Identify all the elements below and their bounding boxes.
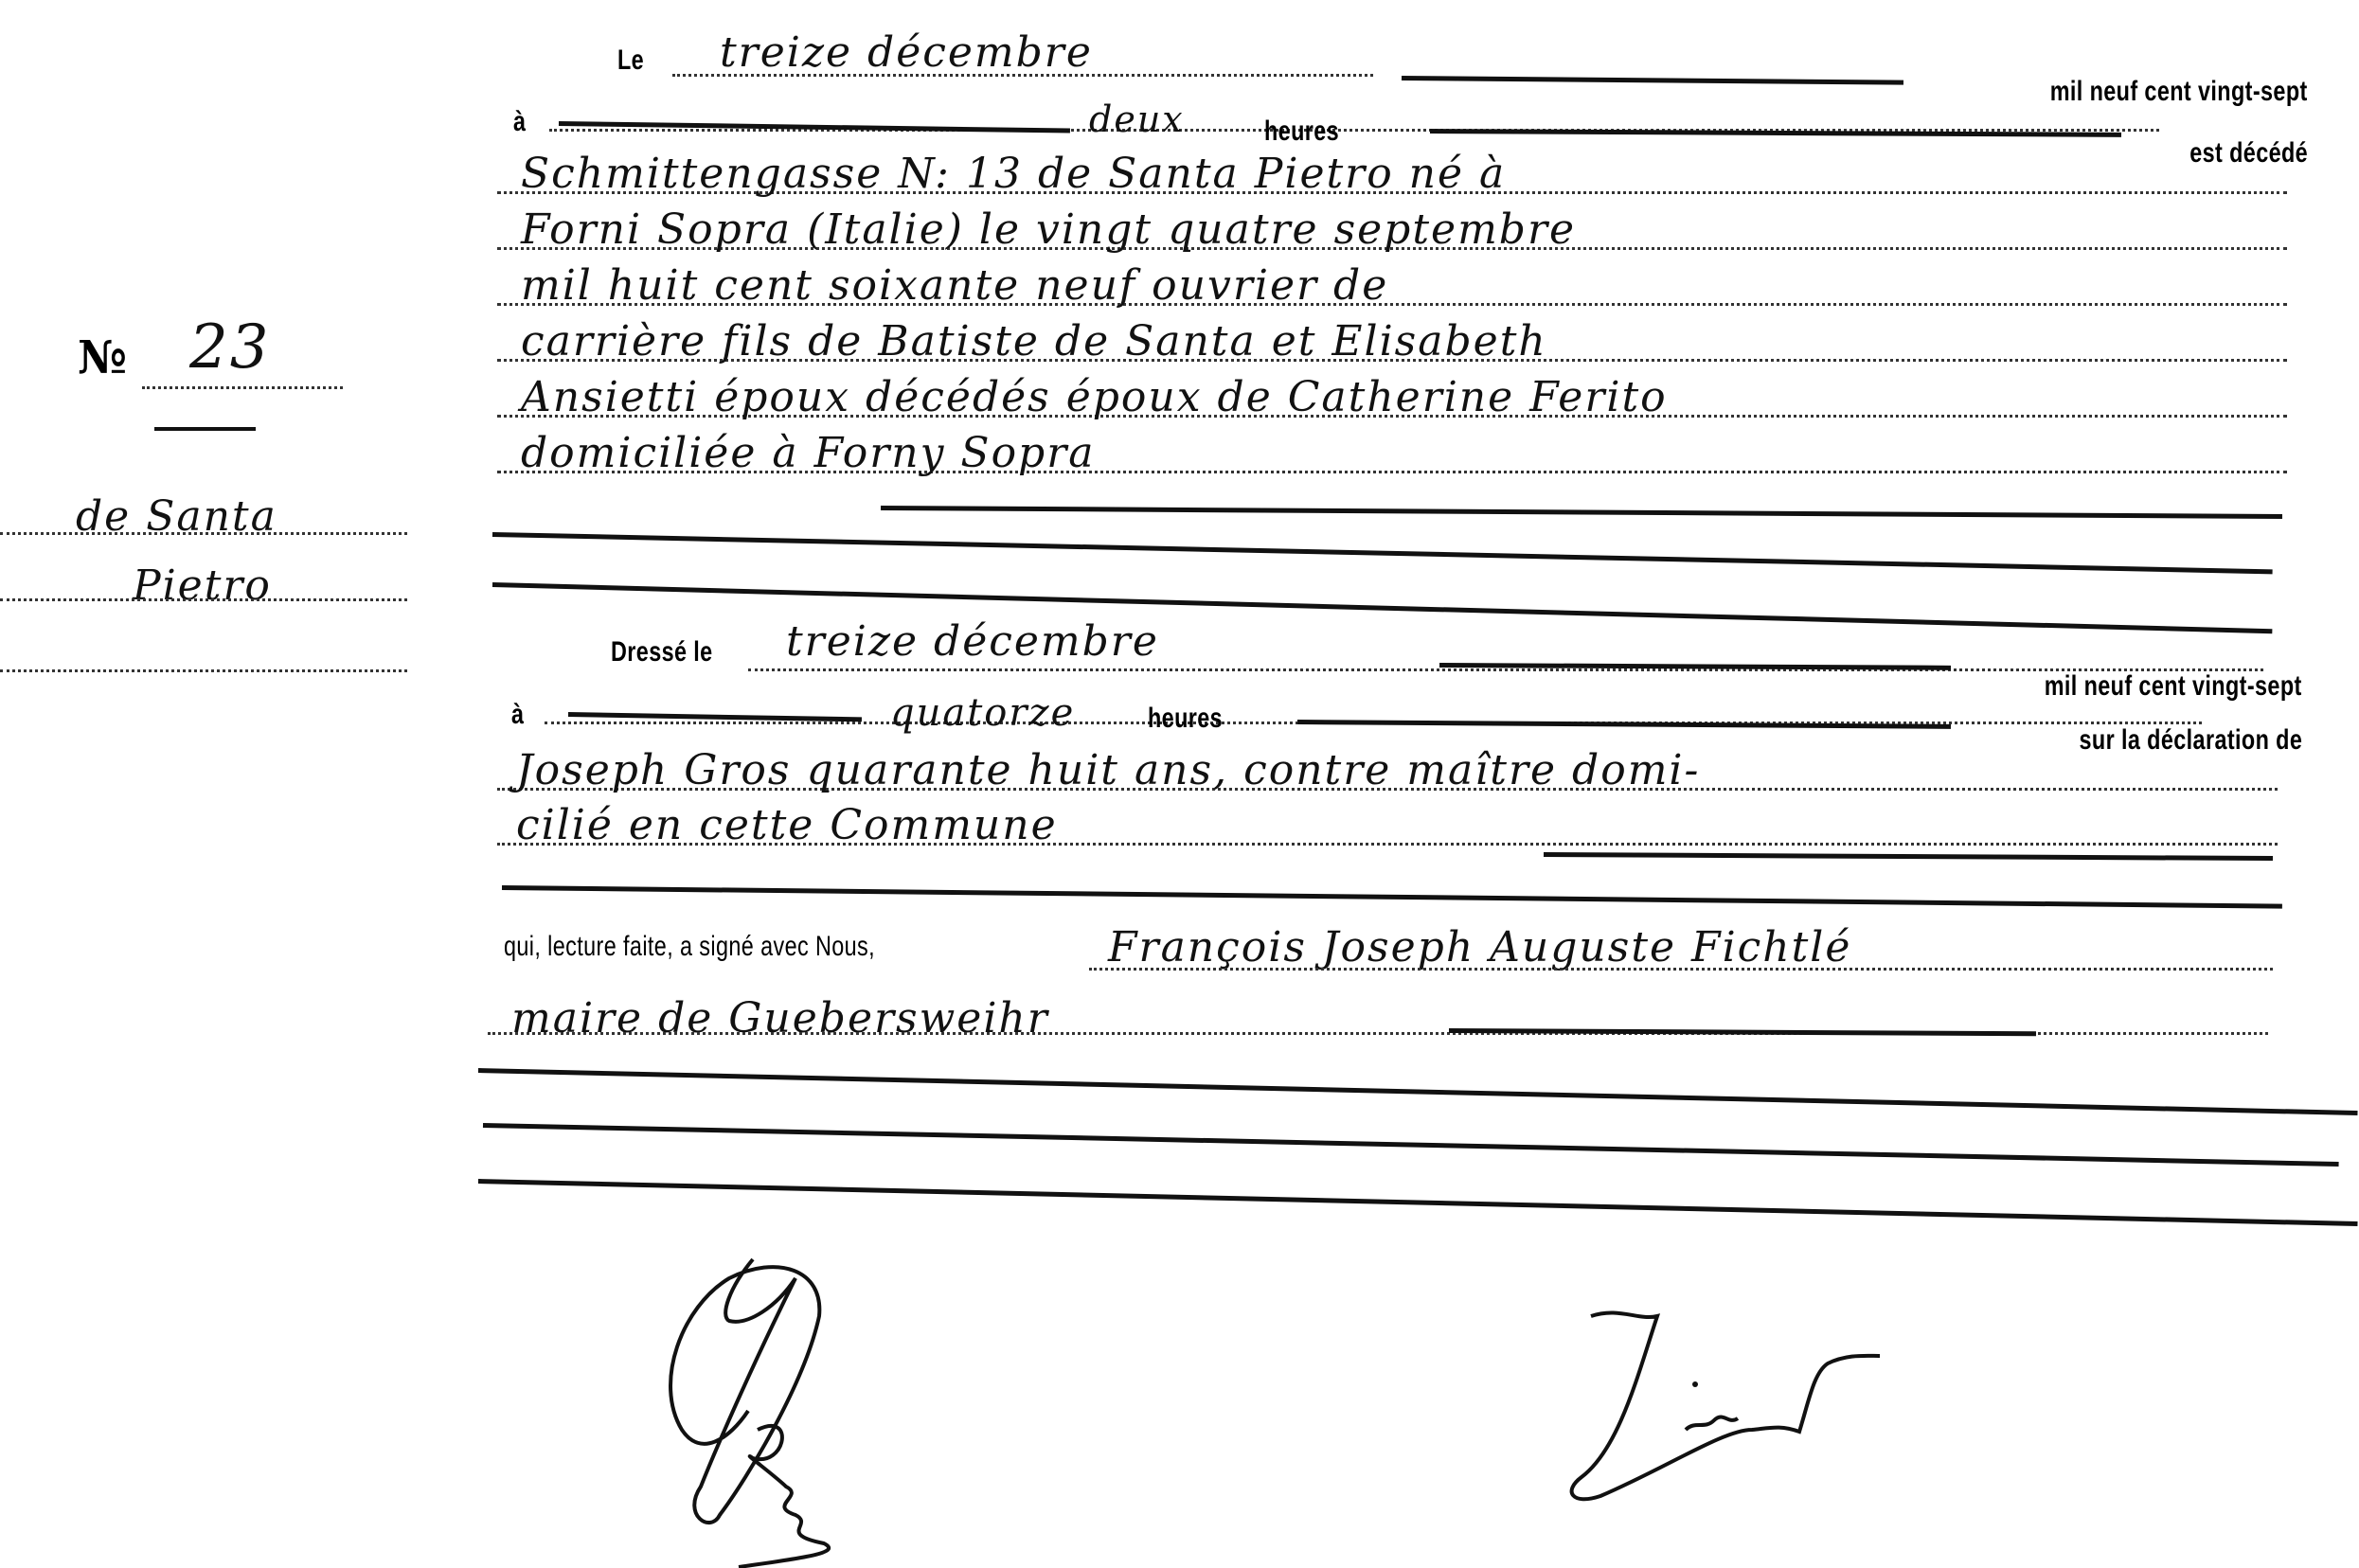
death-date-dotted-line xyxy=(672,74,1373,77)
death-hour: deux xyxy=(1089,98,1185,140)
drawn-a-label: à xyxy=(511,699,524,731)
drawn-hour-fill-line-left xyxy=(568,712,862,722)
declaration-label: sur la déclaration de xyxy=(2079,724,2302,757)
drawn-hour: quatorze xyxy=(890,691,1075,735)
drawn-date-dotted-line xyxy=(748,668,2263,671)
margin-name-line-2: Pietro xyxy=(133,561,272,610)
handwritten-line: carrière fils de Batiste de Santa et Eli… xyxy=(521,317,1547,365)
mayor-title-fill-line xyxy=(1449,1028,2036,1036)
death-date: treize décembre xyxy=(720,28,1093,77)
handwritten-line: domiciliée à Forny Sopra xyxy=(521,429,1096,477)
margin-dotted-line-3 xyxy=(0,669,407,672)
closing-rule-3 xyxy=(492,582,2272,633)
margin-divider xyxy=(154,427,256,431)
drawn-closing-rule xyxy=(1544,852,2273,861)
mayor-name: François Joseph Auguste Fichtlé xyxy=(1108,923,1851,971)
death-date-fill-line xyxy=(1402,76,1903,85)
dresse-le-label: Dressé le xyxy=(611,636,713,668)
mayor-title: maire de Guebersweihr xyxy=(511,994,1049,1042)
blank-rule-3 xyxy=(478,1179,2358,1226)
heures-label: heures xyxy=(1264,116,1339,148)
closing-rule-1 xyxy=(881,506,2282,519)
drawn-year: mil neuf cent vingt-sept xyxy=(2045,670,2302,703)
drawn-closing-rule-2 xyxy=(502,885,2282,909)
margin-dotted-line-1 xyxy=(0,532,407,535)
handwritten-line: cilié en cette Commune xyxy=(516,801,1058,849)
declarant-signature: G. Gros (signature) xyxy=(663,1250,1004,1568)
record-number: 23 xyxy=(189,312,270,383)
mayor-name-dotted-line xyxy=(1089,968,2273,971)
drawn-heure-label: heures xyxy=(1148,703,1223,735)
death-year: mil neuf cent vingt-sept xyxy=(2050,76,2308,108)
lecture-label: qui, lecture faite, a signé avec Nous, xyxy=(504,931,875,963)
mayor-signature: Fichtlé (signature) xyxy=(1563,1288,1885,1515)
le-label: Le xyxy=(617,45,644,77)
handwritten-line: mil huit cent soixante neuf ouvrier de xyxy=(521,261,1388,310)
closing-rule-2 xyxy=(492,532,2273,574)
handwritten-line: Schmittengasse N: 13 de Santa Pietro né … xyxy=(521,150,1506,198)
handwritten-line: Ansietti époux décédés époux de Catherin… xyxy=(521,373,1668,421)
handwritten-line: Forni Sopra (Italie) le vingt quatre sep… xyxy=(521,205,1576,254)
handwritten-line: Joseph Gros quarante huit ans, contre ma… xyxy=(516,746,1700,794)
blank-rule-2 xyxy=(483,1123,2339,1167)
margin-dotted-line-2 xyxy=(0,598,407,601)
a-label: à xyxy=(513,106,526,138)
record-number-label: № xyxy=(78,331,127,384)
record-number-dotted-line xyxy=(142,386,343,389)
blank-rule-1 xyxy=(478,1068,2358,1115)
drawn-date: treize décembre xyxy=(786,617,1159,666)
est-decede-label: est décédé xyxy=(2189,137,2308,169)
